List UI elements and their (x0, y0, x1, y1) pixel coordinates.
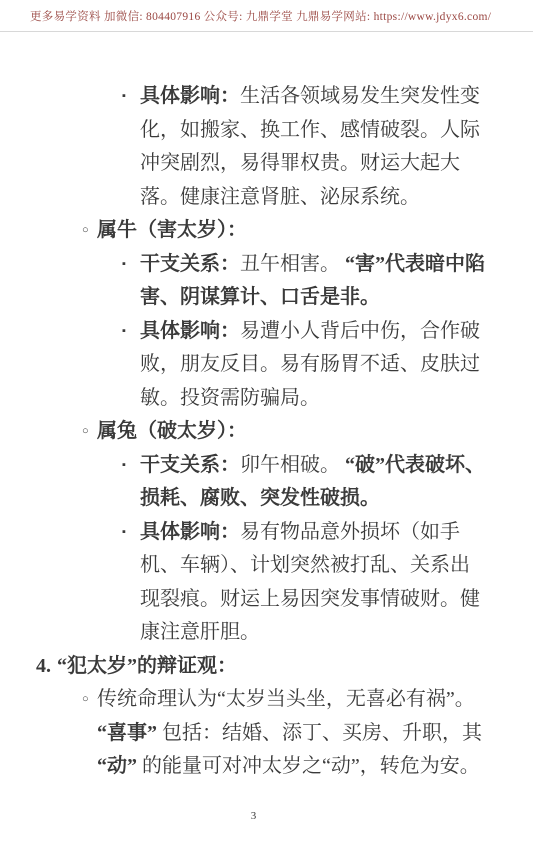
page-header: 更多易学资料 加微信: 804407916 公众号: 九鼎学堂 九鼎易学网站: … (30, 8, 491, 24)
item-text: 传统命理认为“太岁当头坐，无喜必有祸”。 “喜事” 包括：结婚、添丁、买房、升职… (97, 688, 482, 777)
item-text: 具体影响：易有物品意外损坏（如手机、车辆）、计划突然被打乱、关系出现裂痕。财运上… (140, 521, 480, 644)
page-footer: 3 (0, 810, 507, 822)
circle-bullet-icon: ○ (82, 683, 89, 717)
numbered-heading: 4.“犯太岁”的辩证观： (0, 650, 533, 684)
item-text: 干支关系：卯午相破。 “破”代表破坏、损耗、腐败、突发性破损。 (140, 454, 485, 510)
item-text: 属兔（破太岁）： (97, 420, 247, 442)
circle-bullet-icon: ○ (82, 415, 89, 449)
list-item: ▪具体影响：易有物品意外损坏（如手机、车辆）、计划突然被打乱、关系出现裂痕。财运… (0, 516, 533, 650)
circle-bullet-icon: ○ (82, 214, 89, 248)
item-text: 具体影响：易遭小人背后中伤，合作破败，朋友反目。易有肠胃不适、皮肤过敏。投资需防… (140, 320, 480, 409)
document-body: ▪具体影响：生活各领域易发生突发性变化，如搬家、换工作、感情破裂。人际冲突剧烈，… (0, 80, 533, 784)
page-number: 3 (251, 810, 257, 822)
list-item: ▪干支关系：卯午相破。 “破”代表破坏、损耗、腐败、突发性破损。 (0, 449, 533, 516)
list-item: ○传统命理认为“太岁当头坐，无喜必有祸”。 “喜事” 包括：结婚、添丁、买房、升… (0, 683, 533, 784)
list-item: ○属兔（破太岁）： (0, 415, 533, 449)
item-text: “犯太岁”的辩证观： (57, 655, 237, 677)
square-bullet-icon: ▪ (122, 248, 126, 282)
item-text: 干支关系：丑午相害。 “害”代表暗中陷害、阴谋算计、口舌是非。 (140, 253, 485, 309)
item-number: 4. (36, 650, 51, 684)
item-text: 具体影响：生活各领域易发生突发性变化，如搬家、换工作、感情破裂。人际冲突剧烈，易… (140, 85, 480, 208)
list-item: ○属牛（害太岁）： (0, 214, 533, 248)
header-divider (0, 31, 533, 32)
list-item: ▪干支关系：丑午相害。 “害”代表暗中陷害、阴谋算计、口舌是非。 (0, 248, 533, 315)
square-bullet-icon: ▪ (122, 80, 126, 114)
square-bullet-icon: ▪ (122, 516, 126, 550)
list-item: ▪具体影响：易遭小人背后中伤，合作破败，朋友反目。易有肠胃不适、皮肤过敏。投资需… (0, 315, 533, 416)
header-text: 更多易学资料 加微信: 804407916 公众号: 九鼎学堂 九鼎易学网站: … (30, 11, 491, 23)
item-text: 属牛（害太岁）： (97, 219, 247, 241)
list-item: ▪具体影响：生活各领域易发生突发性变化，如搬家、换工作、感情破裂。人际冲突剧烈，… (0, 80, 533, 214)
square-bullet-icon: ▪ (122, 315, 126, 349)
square-bullet-icon: ▪ (122, 449, 126, 483)
